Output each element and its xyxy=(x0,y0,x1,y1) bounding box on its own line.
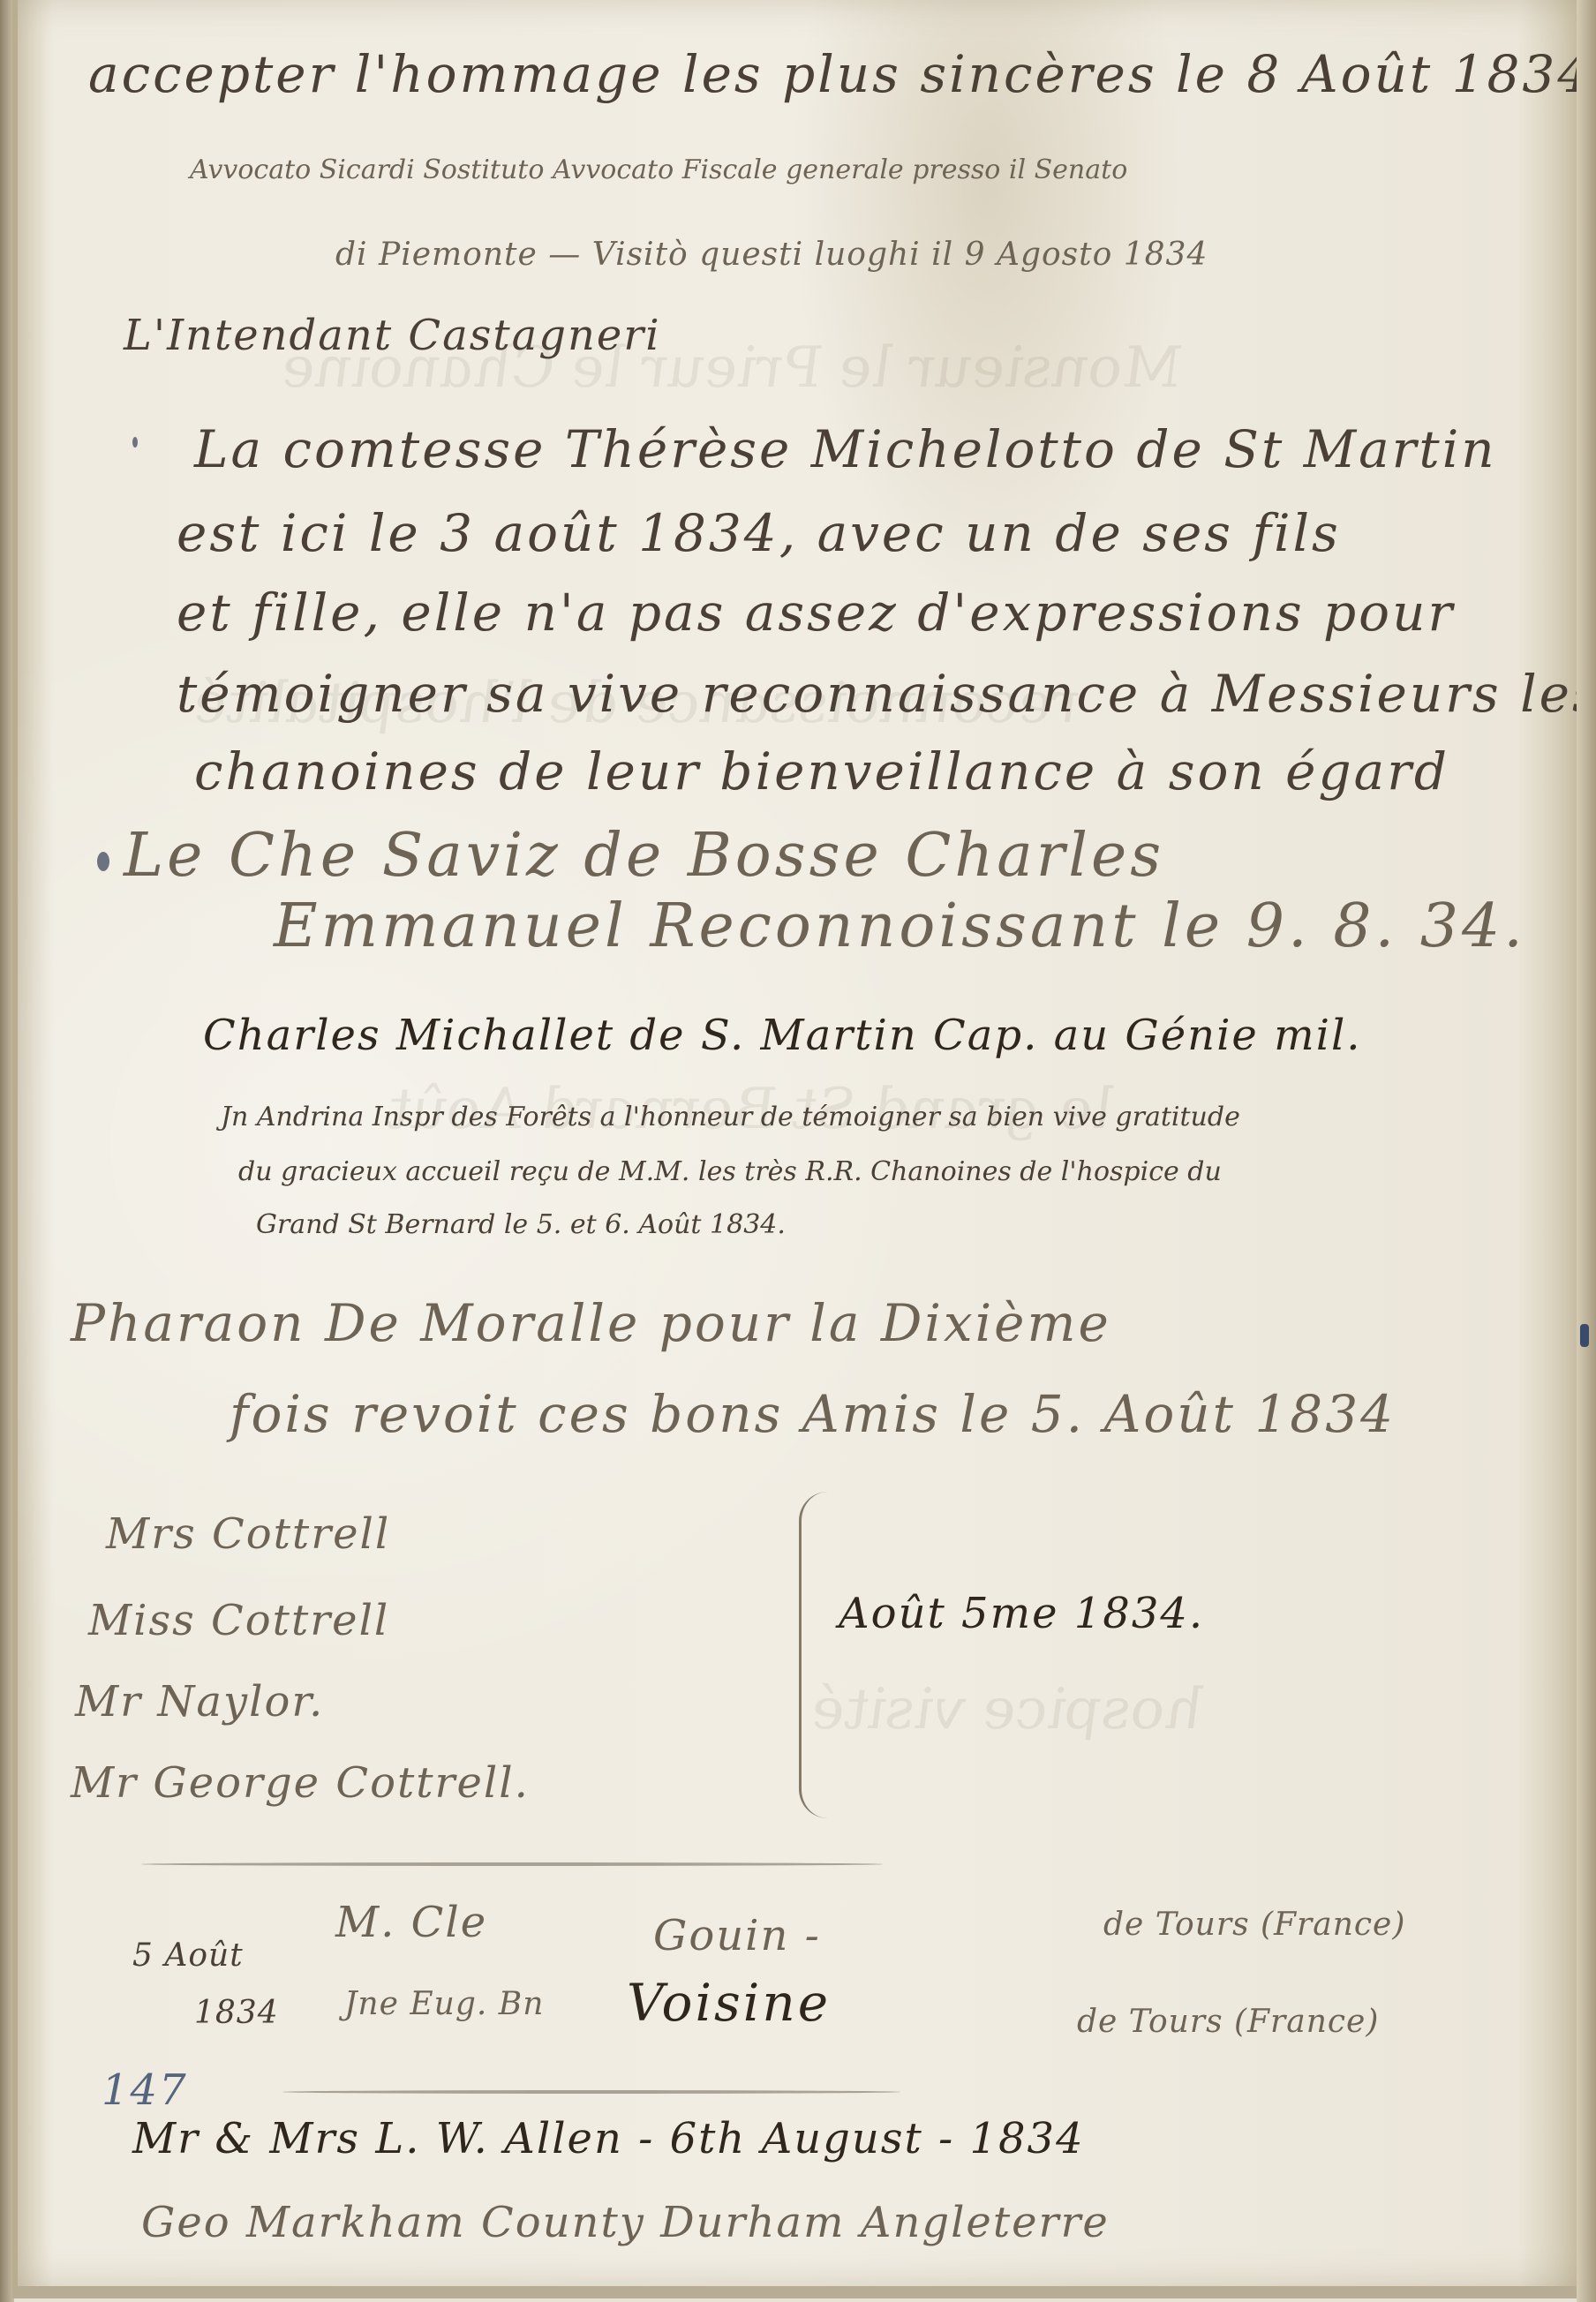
entry-10-prefix-1: M. Cle xyxy=(335,1898,487,1947)
entry-10-origin-2: de Tours (France) xyxy=(1077,2004,1379,2040)
entry-4-line-5: chanoines de leur bienveillance à son ég… xyxy=(194,741,1449,801)
entry-9-name-2: Miss Cottrell xyxy=(88,1596,389,1645)
entry-4-line-1: La comtesse Thérèse Michelotto de St Mar… xyxy=(194,419,1497,479)
entry-7-line-3: Grand St Bernard le 5. et 6. Août 1834. xyxy=(256,1209,786,1240)
entry-10-name-2: Voisine xyxy=(627,1973,831,2033)
blue-ink-mark xyxy=(1580,1324,1589,1347)
entry-2-line-2: di Piemonte — Visitò questi luoghi il 9 … xyxy=(335,237,1208,273)
divider-stroke xyxy=(282,2090,900,2094)
entry-6-text: Charles Michallet de S. Martin Cap. au G… xyxy=(203,1011,1362,1060)
entry-11-text: Mr & Mrs L. W. Allen - 6th August - 1834 xyxy=(132,2114,1085,2163)
entry-9-date: Août 5me 1834. xyxy=(839,1589,1204,1638)
grouping-brace xyxy=(799,1492,828,1818)
manuscript-page: Monsieur le Prieur le Chanoine reconnois… xyxy=(12,0,1589,2298)
entry-5-line-2: Emmanuel Reconnoissant le 9. 8. 34. xyxy=(274,891,1526,961)
entry-7-line-1: Jn Andrina Inspr des Forêts a l'honneur … xyxy=(221,1102,1240,1132)
entry-8-line-1: Pharaon De Moralle pour la Dixième xyxy=(71,1293,1111,1353)
entry-9-name-1: Mrs Cottrell xyxy=(106,1509,390,1559)
entry-5-line-1: Le Che Saviz de Bosse Charles xyxy=(124,821,1164,891)
divider-stroke xyxy=(141,1862,883,1866)
entry-7-line-2: du gracieux accueil reçu de M.M. les trè… xyxy=(238,1156,1222,1187)
entry-4-line-4: témoigner sa vive reconnaissance à Messi… xyxy=(177,664,1596,724)
entry-9-name-3: Mr Naylor. xyxy=(75,1677,324,1726)
margin-pencil-number: 147 xyxy=(102,2065,188,2115)
entry-10-name-1: Gouin - xyxy=(653,1911,821,1960)
entry-4-line-3: et fille, elle n'a pas assez d'expressio… xyxy=(177,583,1455,643)
entry-10-origin-1: de Tours (France) xyxy=(1103,1907,1405,1943)
ink-bleed-through: hospice visité xyxy=(802,1677,1213,1742)
entry-8-line-2: fois revoit ces bons Amis le 5. Août 183… xyxy=(230,1384,1396,1444)
page-stack-edge xyxy=(1577,0,1596,2302)
entry-9-name-4: Mr George Cottrell. xyxy=(71,1758,530,1808)
entry-10-prefix-2: Jne Eug. Bn xyxy=(344,1986,544,2022)
margin-dot xyxy=(132,437,138,448)
entry-10-date-year: 1834 xyxy=(194,1995,279,2031)
pencil-mark xyxy=(97,852,109,871)
entry-4-line-2: est ici le 3 août 1834, avec un de ses f… xyxy=(177,503,1341,563)
entry-12-text: Geo Markham County Durham Angleterre xyxy=(141,2198,1110,2247)
entry-10-date-day: 5 Août xyxy=(132,1937,244,1974)
entry-2-line-1: Avvocato Sicardi Sostituto Avvocato Fisc… xyxy=(190,154,1127,185)
entry-3-text: L'Intendant Castagneri xyxy=(124,311,661,360)
entry-1-text: accepter l'hommage les plus sincères le … xyxy=(88,44,1596,104)
